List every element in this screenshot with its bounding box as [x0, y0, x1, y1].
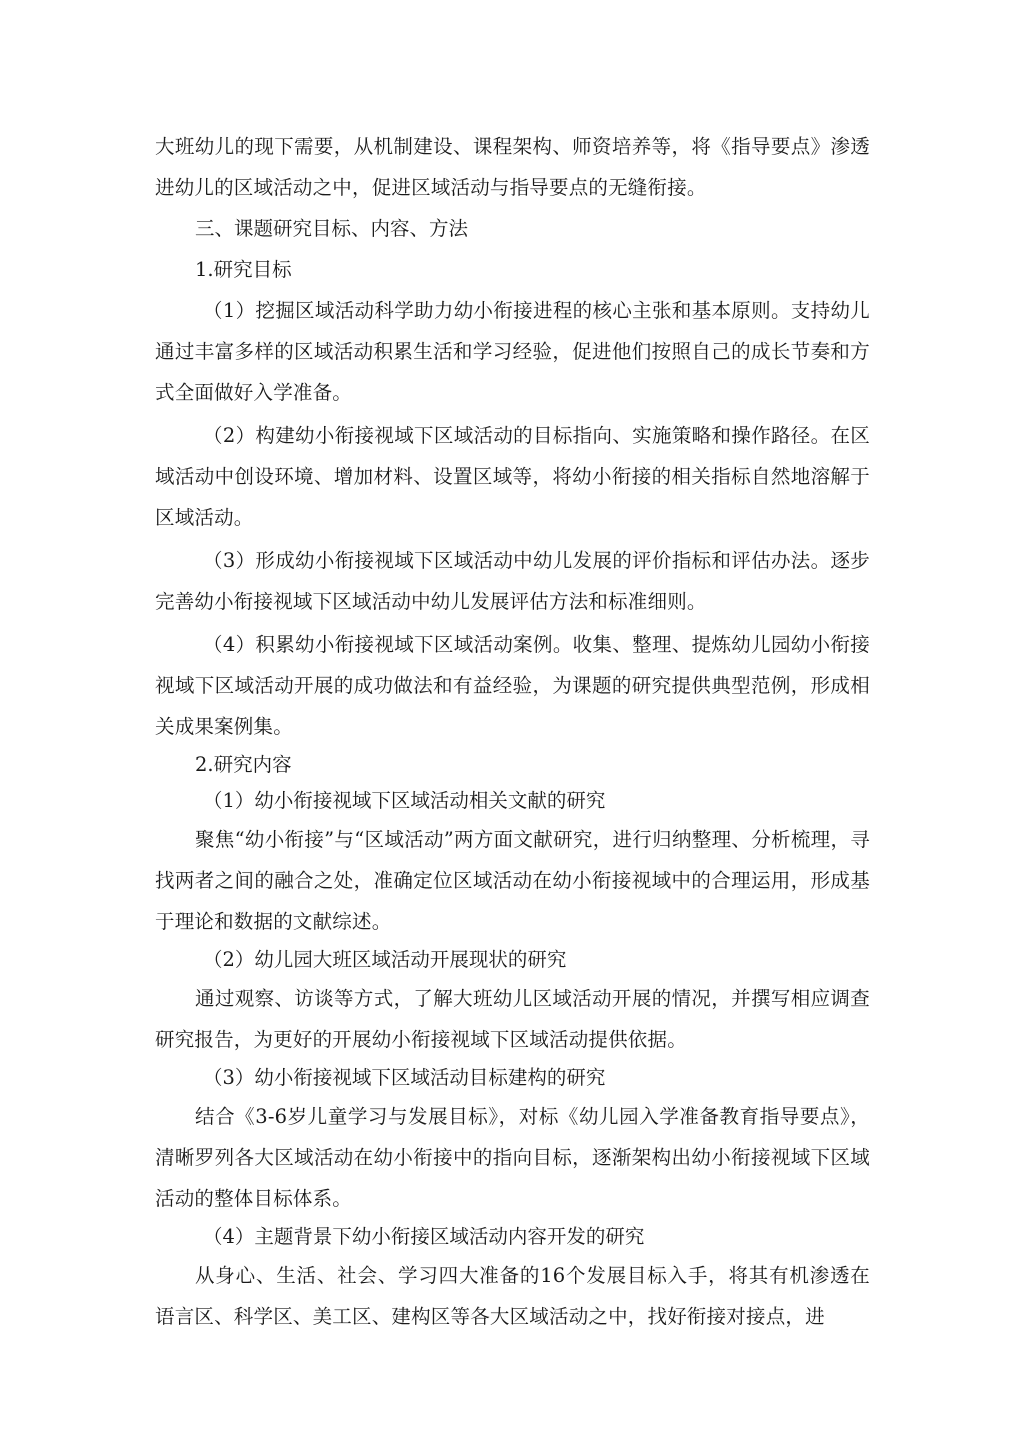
goal-item-2: （2）构建幼小衔接视域下区域活动的目标指向、实施策略和操作路径。在区域活动中创设… [155, 415, 870, 538]
content-item-1-body: 聚焦“幼小衔接”与“区域活动”两方面文献研究，进行归纳整理、分析梳理，寻找两者之… [155, 819, 870, 942]
subsection-heading-content: 2.研究内容 [155, 747, 870, 783]
content-item-4-body: 从身心、生活、社会、学习四大准备的16个发展目标入手，将其有机渗透在语言区、科学… [155, 1255, 870, 1337]
document-page: 大班幼儿的现下需要，从机制建设、课程架构、师资培养等，将《指导要点》渗透进幼儿的… [155, 126, 870, 1337]
goal-item-1: （1）挖掘区域活动科学助力幼小衔接进程的核心主张和基本原则。支持幼儿通过丰富多样… [155, 290, 870, 413]
section-heading: 三、课题研究目标、内容、方法 [155, 208, 870, 249]
goal-item-4: （4）积累幼小衔接视域下区域活动案例。收集、整理、提炼幼儿园幼小衔接视域下区域活… [155, 624, 870, 747]
content-item-1-title: （1）幼小衔接视域下区域活动相关文献的研究 [155, 783, 870, 819]
content-item-2-title: （2）幼儿园大班区域活动开展现状的研究 [155, 942, 870, 978]
goal-item-3: （3）形成幼小衔接视域下区域活动中幼儿发展的评价指标和评估办法。逐步完善幼小衔接… [155, 540, 870, 622]
paragraph-continuation: 大班幼儿的现下需要，从机制建设、课程架构、师资培养等，将《指导要点》渗透进幼儿的… [155, 126, 870, 208]
subsection-heading-goals: 1.研究目标 [155, 249, 870, 290]
content-item-3-title: （3）幼小衔接视域下区域活动目标建构的研究 [155, 1060, 870, 1096]
content-item-2-body: 通过观察、访谈等方式，了解大班幼儿区域活动开展的情况，并撰写相应调查研究报告，为… [155, 978, 870, 1060]
content-item-3-body: 结合《3-6岁儿童学习与发展目标》，对标《幼儿园入学准备教育指导要点》，清晰罗列… [155, 1096, 870, 1219]
content-item-4-title: （4）主题背景下幼小衔接区域活动内容开发的研究 [155, 1219, 870, 1255]
